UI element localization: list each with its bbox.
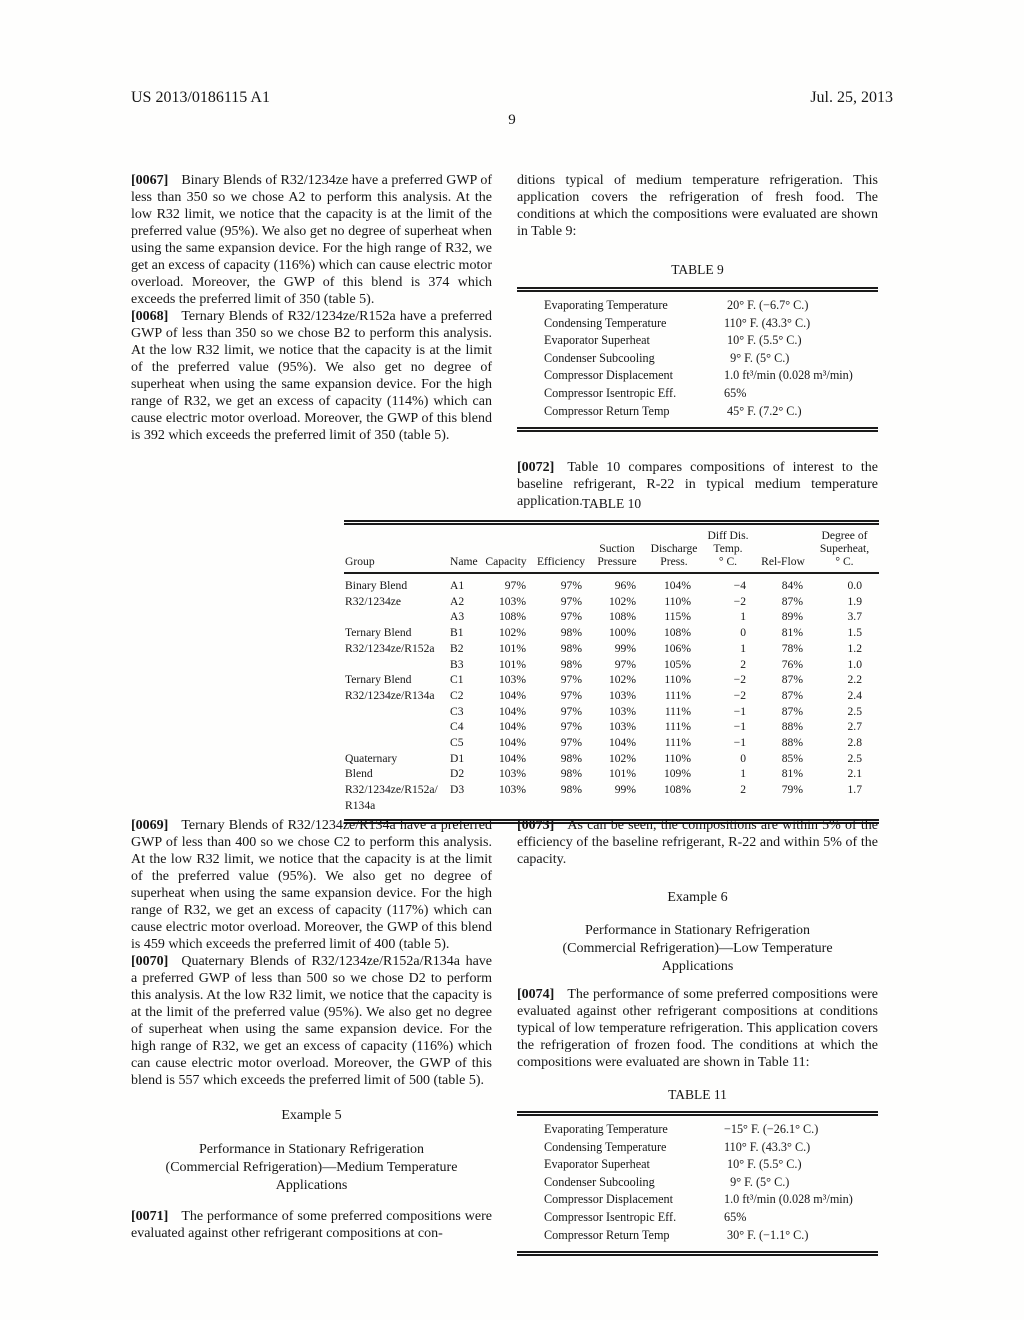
- paragraph-0074: [0074]The performance of some preferred …: [517, 986, 878, 1071]
- table-cell: 0: [706, 625, 756, 641]
- table-cell: 105%: [648, 657, 706, 673]
- table-cell: Compressor Displacement: [517, 1191, 723, 1209]
- paragraph-tag: [0074]: [517, 987, 554, 1002]
- table-cell: −2: [706, 594, 756, 610]
- table-cell: 1: [706, 641, 756, 657]
- table-cell: 88%: [756, 735, 816, 751]
- table-cell: 110° F. (43.3° C.): [723, 1139, 878, 1157]
- table-cell: Efficiency: [536, 523, 592, 574]
- table-cell: 98%: [536, 641, 592, 657]
- table-cell: Name: [445, 523, 482, 574]
- table-cell: 9° F. (5° C.): [723, 1174, 878, 1192]
- table-cell: A2: [445, 594, 482, 610]
- table-cell: 111%: [648, 719, 706, 735]
- paragraph-tag: [0068]: [131, 309, 168, 324]
- right-column-top: ditions typical of medium temperature re…: [517, 172, 878, 510]
- paragraph-text: The performance of some preferred compos…: [517, 987, 878, 1070]
- table-cell: 88%: [756, 719, 816, 735]
- table-row: Compressor Return Temp 30° F. (−1.1° C.): [517, 1227, 878, 1254]
- table-cell: 99%: [592, 641, 648, 657]
- paragraph-tag: [0071]: [131, 1209, 168, 1224]
- table-cell: 1.7: [816, 782, 879, 798]
- table-cell: 2.8: [816, 735, 879, 751]
- table-cell: Compressor Displacement: [517, 367, 723, 385]
- table-cell: Evaporator Superheat: [517, 1156, 723, 1174]
- table-cell: B2: [445, 641, 482, 657]
- table-cell: R32/1234ze: [344, 594, 445, 610]
- table-cell: 108%: [482, 609, 536, 625]
- example-5-subtitle: Performance in Stationary Refrigeration …: [131, 1141, 492, 1195]
- table-cell: A1: [445, 573, 482, 594]
- table-cell: 99%: [592, 782, 648, 798]
- table-row: Ternary BlendC1103%97%102%110%−287%2.2: [344, 672, 879, 688]
- table-cell: 104%: [592, 735, 648, 751]
- table-cell: B1: [445, 625, 482, 641]
- table-cell: 45° F. (7.2° C.): [723, 403, 878, 430]
- patent-number: US 2013/0186115 A1: [131, 89, 270, 107]
- table-cell: 104%: [482, 719, 536, 735]
- table-cell: Compressor Isentropic Eff.: [517, 1209, 723, 1227]
- table-cell: 104%: [482, 735, 536, 751]
- example-6-heading: Example 6: [517, 890, 878, 906]
- table-row: Evaporator Superheat 10° F. (5.5° C.): [517, 1156, 878, 1174]
- table-cell: D2: [445, 766, 482, 782]
- table-9: Evaporating Temperature 20° F. (−6.7° C.…: [517, 287, 878, 432]
- table-cell: 102%: [592, 594, 648, 610]
- table-cell: Diff Dis. Temp. ° C.: [706, 523, 756, 574]
- table-cell: Evaporator Superheat: [517, 332, 723, 350]
- table-cell: [344, 719, 445, 735]
- table-cell: Condenser Subcooling: [517, 1174, 723, 1192]
- table-cell: 103%: [592, 704, 648, 720]
- table-row: Condensing Temperature110° F. (43.3° C.): [517, 1139, 878, 1157]
- table-10-block: TABLE 10 GroupNameCapacityEfficiencySuct…: [344, 496, 879, 824]
- table-row: BlendD2103%98%101%109%181%2.1: [344, 766, 879, 782]
- table-row: Binary BlendA197%97%96%104%−484%0.0: [344, 573, 879, 594]
- table-cell: D3: [445, 782, 482, 798]
- table-cell: 110%: [648, 751, 706, 767]
- table-cell: 97%: [482, 573, 536, 594]
- table-cell: 109%: [648, 766, 706, 782]
- table-cell: 2.2: [816, 672, 879, 688]
- table-cell: 97%: [536, 594, 592, 610]
- table-cell: 78%: [756, 641, 816, 657]
- table-cell: A3: [445, 609, 482, 625]
- table-cell: Group: [344, 523, 445, 574]
- table-cell: Compressor Isentropic Eff.: [517, 385, 723, 403]
- table-9-caption: TABLE 9: [517, 262, 878, 278]
- table-cell: 102%: [592, 751, 648, 767]
- table-cell: C5: [445, 735, 482, 751]
- table-cell: [344, 735, 445, 751]
- table-row: QuaternaryD1104%98%102%110%085%2.5: [344, 751, 879, 767]
- table-cell: 0: [706, 751, 756, 767]
- table-cell: 0.0: [816, 573, 879, 594]
- table-cell: Capacity: [482, 523, 536, 574]
- table-cell: 2: [706, 657, 756, 673]
- table-cell: 1.0 ft³/min (0.028 m³/min): [723, 367, 878, 385]
- table-row: Condenser Subcooling 9° F. (5° C.): [517, 1174, 878, 1192]
- table-cell: Ternary Blend: [344, 672, 445, 688]
- table-cell: 1: [706, 766, 756, 782]
- table-cell: 89%: [756, 609, 816, 625]
- table-cell: C3: [445, 704, 482, 720]
- table-cell: 81%: [756, 625, 816, 641]
- table-row: R32/1234zeA2103%97%102%110%−287%1.9: [344, 594, 879, 610]
- table-cell: 76%: [756, 657, 816, 673]
- paragraph-0073: [0073]As can be seen, the compositions a…: [517, 817, 878, 868]
- table-cell: 85%: [756, 751, 816, 767]
- table-cell: Evaporating Temperature: [517, 1114, 723, 1139]
- table-cell: Rel-Flow: [756, 523, 816, 574]
- table-cell: −1: [706, 704, 756, 720]
- table-cell: C1: [445, 672, 482, 688]
- table-cell: −15° F. (−26.1° C.): [723, 1114, 878, 1139]
- table-cell: 111%: [648, 735, 706, 751]
- example-6-subtitle: Performance in Stationary Refrigeration …: [517, 922, 878, 976]
- paragraph-text: The performance of some preferred compos…: [131, 1209, 492, 1241]
- table-cell: 102%: [592, 672, 648, 688]
- table-cell: 103%: [592, 719, 648, 735]
- paragraph-tag: [0072]: [517, 460, 554, 475]
- table-row: Compressor Isentropic Eff.65%: [517, 1209, 878, 1227]
- paragraph-0070: [0070]Quaternary Blends of R32/1234ze/R1…: [131, 953, 492, 1089]
- example-5-heading: Example 5: [131, 1108, 492, 1124]
- table-10-caption: TABLE 10: [344, 496, 879, 512]
- paragraph-tag: [0070]: [131, 954, 168, 969]
- table-cell: Suction Pressure: [592, 523, 648, 574]
- table-cell: 97%: [536, 719, 592, 735]
- table-cell: 103%: [592, 688, 648, 704]
- table-cell: 104%: [482, 688, 536, 704]
- table-cell: 103%: [482, 672, 536, 688]
- table-cell: 1.9: [816, 594, 879, 610]
- paragraph-text: Ternary Blends of R32/1234ze/R134a have …: [131, 818, 492, 952]
- table-cell: 84%: [756, 573, 816, 594]
- paragraph-text: As can be seen, the compositions are wit…: [517, 818, 878, 867]
- table-cell: 98%: [536, 657, 592, 673]
- table-cell: 2.5: [816, 704, 879, 720]
- paragraph-tag: [0073]: [517, 818, 554, 833]
- table-row: Evaporating Temperature 20° F. (−6.7° C.…: [517, 290, 878, 315]
- table-row: Evaporating Temperature−15° F. (−26.1° C…: [517, 1114, 878, 1139]
- table-row: Compressor Displacement1.0 ft³/min (0.02…: [517, 367, 878, 385]
- table-cell: 1.0 ft³/min (0.028 m³/min): [723, 1191, 878, 1209]
- table-cell: 108%: [648, 782, 706, 798]
- table-cell: 2: [706, 782, 756, 798]
- table-cell: 2.7: [816, 719, 879, 735]
- table-cell: 79%: [756, 782, 816, 798]
- table-cell: 103%: [482, 766, 536, 782]
- table-cell: 98%: [536, 766, 592, 782]
- table-cell: R32/1234ze/R152a: [344, 641, 445, 657]
- table-cell: C2: [445, 688, 482, 704]
- patent-page: US 2013/0186115 A1 Jul. 25, 2013 9 [0067…: [0, 0, 1024, 1320]
- table-cell: 110%: [648, 672, 706, 688]
- table-cell: 2.5: [816, 751, 879, 767]
- table-cell: 97%: [536, 609, 592, 625]
- table-cell: 115%: [648, 609, 706, 625]
- table-cell: 10° F. (5.5° C.): [723, 1156, 878, 1174]
- table-cell: D1: [445, 751, 482, 767]
- table-row: Compressor Displacement1.0 ft³/min (0.02…: [517, 1191, 878, 1209]
- table-cell: 81%: [756, 766, 816, 782]
- paragraph-tag: [0069]: [131, 818, 168, 833]
- table-cell: C4: [445, 719, 482, 735]
- table-cell: 111%: [648, 704, 706, 720]
- paragraph-0068: [0068]Ternary Blends of R32/1234ze/R152a…: [131, 308, 492, 444]
- table-row: C3104%97%103%111%−187%2.5: [344, 704, 879, 720]
- table-cell: 104%: [482, 751, 536, 767]
- table-cell: 103%: [482, 782, 536, 798]
- table-cell: 98%: [536, 782, 592, 798]
- table-cell: Blend: [344, 766, 445, 782]
- table-cell: 97%: [536, 704, 592, 720]
- table-cell: 10° F. (5.5° C.): [723, 332, 878, 350]
- table-cell: 101%: [592, 766, 648, 782]
- table-row: A3108%97%108%115%189%3.7: [344, 609, 879, 625]
- paragraph-0071: [0071]The performance of some preferred …: [131, 1208, 492, 1242]
- table-11-caption: TABLE 11: [517, 1087, 878, 1103]
- table-cell: 3.7: [816, 609, 879, 625]
- table-cell: 97%: [536, 573, 592, 594]
- table-row: R32/1234ze/R134aC2104%97%103%111%−287%2.…: [344, 688, 879, 704]
- table-cell: 9° F. (5° C.): [723, 350, 878, 368]
- table-cell: 20° F. (−6.7° C.): [723, 290, 878, 315]
- table-cell: 2.4: [816, 688, 879, 704]
- table-cell: 110%: [648, 594, 706, 610]
- table-cell: 87%: [756, 594, 816, 610]
- table-cell: Evaporating Temperature: [517, 290, 723, 315]
- table-cell: R32/1234ze/R134a: [344, 688, 445, 704]
- table-cell: 108%: [592, 609, 648, 625]
- table-cell: 98%: [536, 751, 592, 767]
- table-row: GroupNameCapacityEfficiencySuction Press…: [344, 523, 879, 574]
- paragraph-text: Ternary Blends of R32/1234ze/R152a have …: [131, 309, 492, 443]
- table-11: Evaporating Temperature−15° F. (−26.1° C…: [517, 1111, 878, 1256]
- table-row: R32/1234ze/R152a/D3103%98%99%108%279%1.7: [344, 782, 879, 798]
- table-cell: 108%: [648, 625, 706, 641]
- table-cell: R32/1234ze/R152a/: [344, 782, 445, 798]
- table-cell: 101%: [482, 657, 536, 673]
- table-row: Ternary BlendB1102%98%100%108%081%1.5: [344, 625, 879, 641]
- table-row: Condensing Temperature110° F. (43.3° C.): [517, 315, 878, 333]
- table-cell: Discharge Press.: [648, 523, 706, 574]
- table-cell: 97%: [536, 672, 592, 688]
- table-cell: 30° F. (−1.1° C.): [723, 1227, 878, 1254]
- paragraph-text: Quaternary Blends of R32/1234ze/R152a/R1…: [131, 954, 492, 1088]
- paragraph-tag: [0067]: [131, 173, 168, 188]
- table-cell: Ternary Blend: [344, 625, 445, 641]
- table-cell: Degree of Superheat, ° C.: [816, 523, 879, 574]
- table-cell: −2: [706, 688, 756, 704]
- table-cell: 104%: [482, 704, 536, 720]
- page-number: 9: [0, 112, 1024, 129]
- table-cell: 97%: [592, 657, 648, 673]
- table-10-header: GroupNameCapacityEfficiencySuction Press…: [344, 523, 879, 574]
- table-cell: 1.0: [816, 657, 879, 673]
- paragraph-0069: [0069]Ternary Blends of R32/1234ze/R134a…: [131, 817, 492, 953]
- table-cell: 100%: [592, 625, 648, 641]
- table-cell: [344, 704, 445, 720]
- table-cell: Compressor Return Temp: [517, 1227, 723, 1254]
- table-cell: 1.5: [816, 625, 879, 641]
- table-cell: [344, 657, 445, 673]
- table-row: Condenser Subcooling 9° F. (5° C.): [517, 350, 878, 368]
- table-cell: −4: [706, 573, 756, 594]
- table-cell: 98%: [536, 625, 592, 641]
- table-row: Compressor Return Temp 45° F. (7.2° C.): [517, 403, 878, 430]
- table-cell: Condensing Temperature: [517, 315, 723, 333]
- paragraph-0071-continuation: ditions typical of medium temperature re…: [517, 172, 878, 240]
- left-column-top: [0067]Binary Blends of R32/1234ze have a…: [131, 172, 492, 444]
- publication-date: Jul. 25, 2013: [810, 89, 893, 107]
- table-cell: −2: [706, 672, 756, 688]
- table-cell: 2.1: [816, 766, 879, 782]
- table-cell: 87%: [756, 704, 816, 720]
- table-cell: 111%: [648, 688, 706, 704]
- table-row: R32/1234ze/R152aB2101%98%99%106%178%1.2: [344, 641, 879, 657]
- table-cell: 65%: [723, 1209, 878, 1227]
- page-header: US 2013/0186115 A1 Jul. 25, 2013: [131, 89, 893, 107]
- table-cell: 96%: [592, 573, 648, 594]
- table-cell: Compressor Return Temp: [517, 403, 723, 430]
- table-cell: 104%: [648, 573, 706, 594]
- table-cell: Condenser Subcooling: [517, 350, 723, 368]
- table-row: B3101%98%97%105%276%1.0: [344, 657, 879, 673]
- paragraph-text: Binary Blends of R32/1234ze have a prefe…: [131, 173, 492, 307]
- table-row: C5104%97%104%111%−188%2.8: [344, 735, 879, 751]
- table-cell: 103%: [482, 594, 536, 610]
- table-cell: 101%: [482, 641, 536, 657]
- table-cell: 106%: [648, 641, 706, 657]
- table-cell: Condensing Temperature: [517, 1139, 723, 1157]
- table-cell: Binary Blend: [344, 573, 445, 594]
- table-row: C4104%97%103%111%−188%2.7: [344, 719, 879, 735]
- table-cell: 1.2: [816, 641, 879, 657]
- table-cell: Quaternary: [344, 751, 445, 767]
- table-cell: [344, 609, 445, 625]
- table-row: Evaporator Superheat 10° F. (5.5° C.): [517, 332, 878, 350]
- table-row: Compressor Isentropic Eff.65%: [517, 385, 878, 403]
- table-cell: B3: [445, 657, 482, 673]
- table-10: GroupNameCapacityEfficiencySuction Press…: [344, 520, 879, 824]
- table-cell: 110° F. (43.3° C.): [723, 315, 878, 333]
- table-cell: 1: [706, 609, 756, 625]
- table-cell: 65%: [723, 385, 878, 403]
- right-column-bottom: [0073]As can be seen, the compositions a…: [517, 817, 878, 1256]
- left-column-bottom: [0069]Ternary Blends of R32/1234ze/R134a…: [131, 817, 492, 1242]
- table-cell: 87%: [756, 672, 816, 688]
- table-cell: −1: [706, 735, 756, 751]
- table-cell: −1: [706, 719, 756, 735]
- table-cell: 97%: [536, 688, 592, 704]
- table-cell: 97%: [536, 735, 592, 751]
- paragraph-0067: [0067]Binary Blends of R32/1234ze have a…: [131, 172, 492, 308]
- table-cell: 102%: [482, 625, 536, 641]
- table-cell: 87%: [756, 688, 816, 704]
